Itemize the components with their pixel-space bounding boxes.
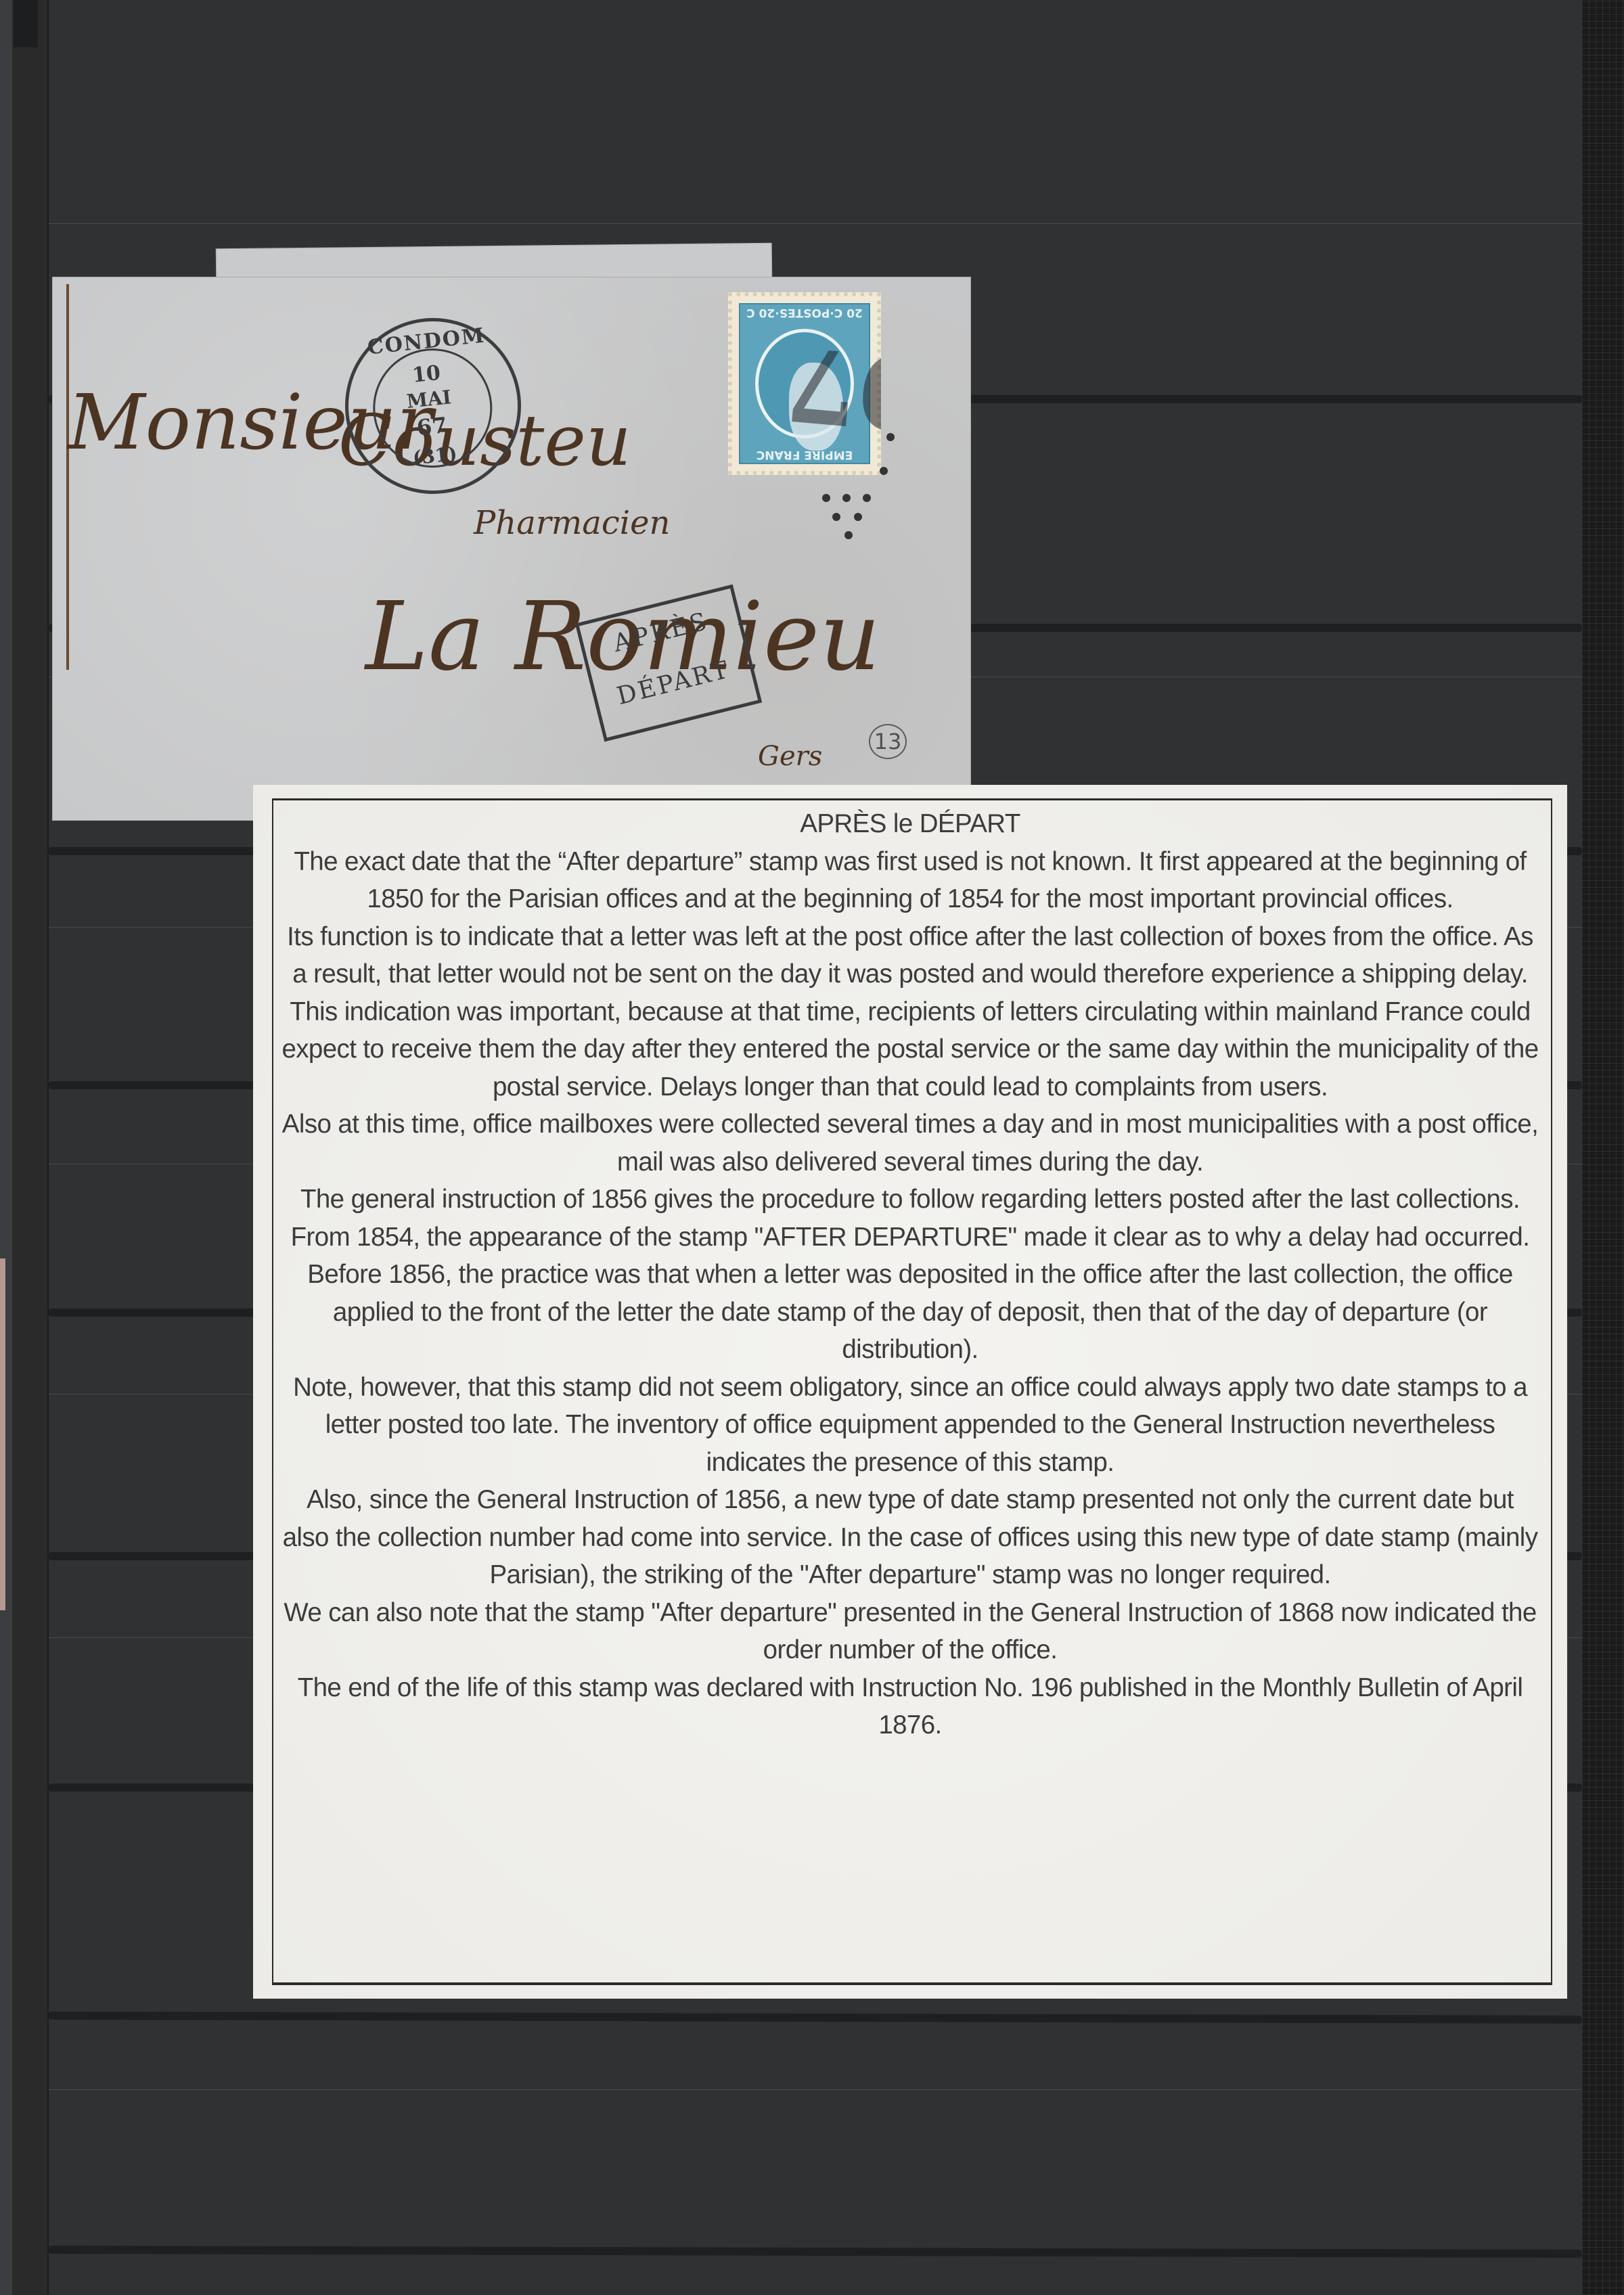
- napoleon-20c-stamp: 20 C·POSTES·20 C EMPIRE FRANC 1097: [728, 292, 881, 475]
- album-binding-right: [1582, 0, 1624, 2295]
- cancel-dot: [886, 433, 895, 441]
- card-paragraph: Before 1856, the practice was that when …: [280, 1256, 1540, 1369]
- cancel-dot: [880, 467, 888, 475]
- album-strip: [49, 2246, 1582, 2258]
- album-edge-pink: [0, 1258, 5, 1610]
- card-paragraph: This indication was important, because a…: [280, 993, 1540, 1106]
- addressee-profession: Pharmacien: [474, 504, 670, 542]
- cancel-dot: [854, 513, 862, 521]
- card-paragraph: The general instruction of 1856 gives th…: [280, 1181, 1540, 1219]
- album-corner-tab: [14, 0, 38, 47]
- card-paragraph: The exact date that the “After departure…: [280, 843, 1540, 918]
- handstamp-line-2: DÉPART: [595, 651, 752, 715]
- card-paragraph: The end of the life of this stamp was de…: [280, 1669, 1540, 1744]
- letter-fold-edge: [66, 284, 69, 670]
- card-paragraph: From 1854, the appearance of the stamp "…: [280, 1219, 1540, 1256]
- card-title: APRÈS le DÉPART: [280, 805, 1540, 843]
- album-binding-left: [0, 0, 12, 2295]
- stamp-value-text: 20 C·POSTES·20 C: [740, 306, 869, 319]
- album-strip-edge: [49, 223, 1582, 224]
- card-paragraph: We can also note that the stamp "After d…: [280, 1594, 1540, 1669]
- card-text-block: APRÈS le DÉPART The exact date that the …: [280, 805, 1540, 1744]
- destination-region: Gers: [758, 741, 822, 772]
- album-page-margin: [12, 0, 49, 2295]
- stamp-country-text: EMPIRE FRANC: [740, 448, 869, 461]
- album-strip-edge: [49, 2089, 1582, 2090]
- cancel-dot: [844, 531, 853, 539]
- card-paragraph: Also, since the General Instruction of 1…: [280, 1481, 1540, 1594]
- cancel-dot: [842, 494, 851, 502]
- card-paragraph: Also at this time, office mailboxes were…: [280, 1106, 1540, 1181]
- cancel-dot: [863, 494, 871, 502]
- cancel-dot: [822, 494, 830, 502]
- album-strip: [49, 2012, 1582, 2024]
- cancel-dot: [832, 513, 840, 521]
- description-card: APRÈS le DÉPART The exact date that the …: [253, 785, 1567, 1999]
- card-paragraph: Note, however, that this stamp did not s…: [280, 1369, 1540, 1482]
- card-paragraph: Its function is to indicate that a lette…: [280, 918, 1540, 993]
- collector-pencil-number: 13: [869, 724, 907, 759]
